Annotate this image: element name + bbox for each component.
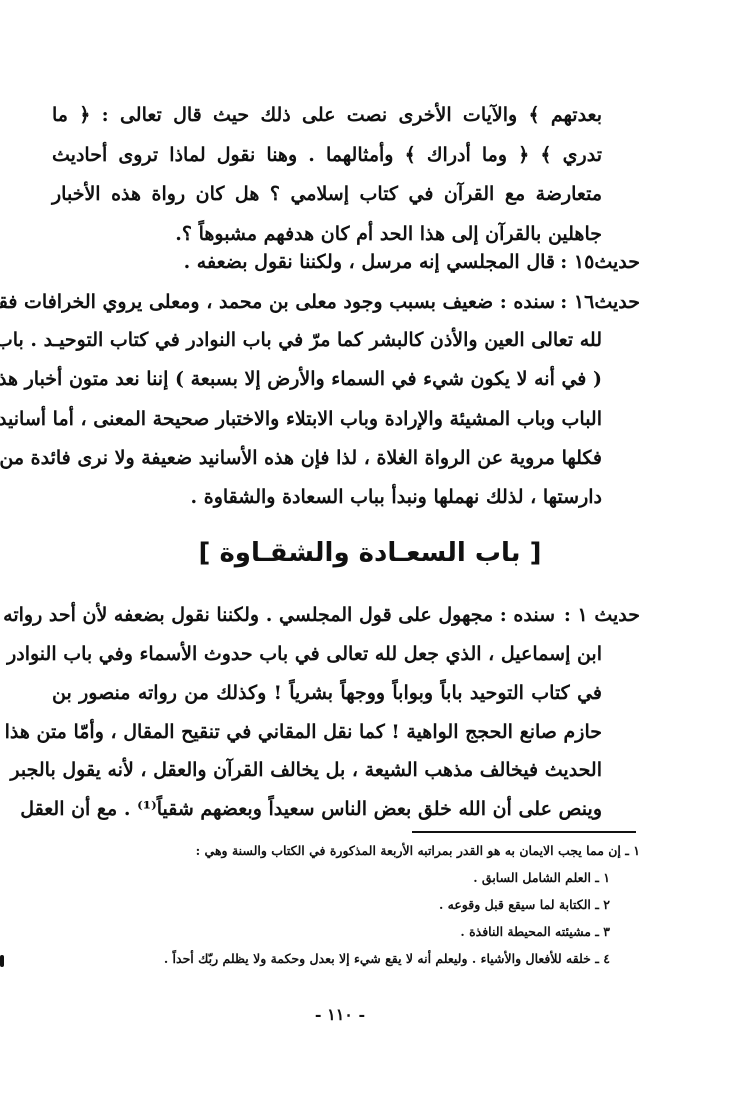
footnote-item-3: ٣ ـ مشيئته المحيطة النافذة . bbox=[150, 923, 610, 941]
intro-line-4: جاهلين بالقرآن إلى هذا الحد أم كان هدفهم… bbox=[52, 222, 602, 246]
hadith-16-line-4: الباب وباب المشيئة والإرادة وباب الابتلا… bbox=[52, 407, 602, 431]
hadith-16-line-6: دارستها ، لذلك نهملها ونبدأ بباب السعادة… bbox=[52, 485, 602, 509]
hadith-16-line-1: سنده : ضعيف بسبب وجود معلى بن محمد ، ومع… bbox=[52, 290, 555, 314]
section-heading: [ باب السعـادة والشقـاوة ] bbox=[190, 535, 550, 571]
footnote-item-1: ١ ـ العلم الشامل السابق . bbox=[150, 869, 610, 887]
hadith-1-line-6: وينص على أن الله خلق بعض الناس سعيداً وب… bbox=[52, 797, 602, 821]
footnote-item-4: ٤ ـ خلقه للأفعال والأشياء . وليعلم أنه ل… bbox=[130, 950, 610, 968]
hadith-1-line-1: سنده : مجهول على قول المجلسي . ولكننا نق… bbox=[52, 603, 555, 627]
footnote-divider bbox=[412, 831, 636, 833]
intro-line-2: تدري ﴾ ﴿ وما أدراك ﴾ وأمثالهما . وهنا نق… bbox=[52, 143, 602, 167]
hadith-15-text: قال المجلسي إنه مرسل ، ولكننا نقول بضعفه… bbox=[200, 250, 555, 274]
intro-line-1: بعدتهم ﴾ والآيات الأخرى نصت على ذلك حيث … bbox=[52, 103, 602, 127]
hadith-1-line-2: ابن إسماعيل ، الذي جعل لله تعالى في باب … bbox=[52, 642, 602, 666]
hadith-16-line-2: لله تعالى العين والأذن كالبشر كما مرّ في… bbox=[52, 328, 602, 352]
intro-line-3: متعارضة مع القرآن في كتاب إسلامي ؟ هل كا… bbox=[52, 182, 602, 206]
scan-artifact bbox=[0, 955, 4, 967]
hadith-1-line-5: الحديث فيخالف مذهب الشيعة ، بل يخالف الق… bbox=[52, 758, 602, 782]
hadith-1-label: حديث ١ : bbox=[560, 603, 640, 627]
hadith-16-line-5: فكلها مروية عن الرواة الغلاة ، لذا فإن ه… bbox=[52, 446, 602, 470]
hadith-16-label: حديث١٦ : bbox=[560, 290, 640, 314]
book-page: بعدتهم ﴾ والآيات الأخرى نصت على ذلك حيث … bbox=[0, 0, 738, 1096]
hadith-1-line-4: حازم صانع الحجج الواهية ! كما نقل المقان… bbox=[52, 720, 602, 744]
footnote-1: ١ ـ إن مما يجب الايمان به هو القدر بمرات… bbox=[150, 842, 640, 860]
hadith-1-line-3: في كتاب التوحيد باباً وبواباً ووجهاً بشر… bbox=[52, 681, 602, 705]
hadith-16-line-3: ( في أنه لا يكون شيء في السماء والأرض إل… bbox=[52, 367, 602, 391]
page-number: - ١١٠ - bbox=[300, 1005, 380, 1024]
hadith-15-label: حديث١٥ : bbox=[560, 250, 640, 274]
footnote-item-2: ٢ ـ الكتابة لما سيقع قبل وقوعه . bbox=[150, 896, 610, 914]
